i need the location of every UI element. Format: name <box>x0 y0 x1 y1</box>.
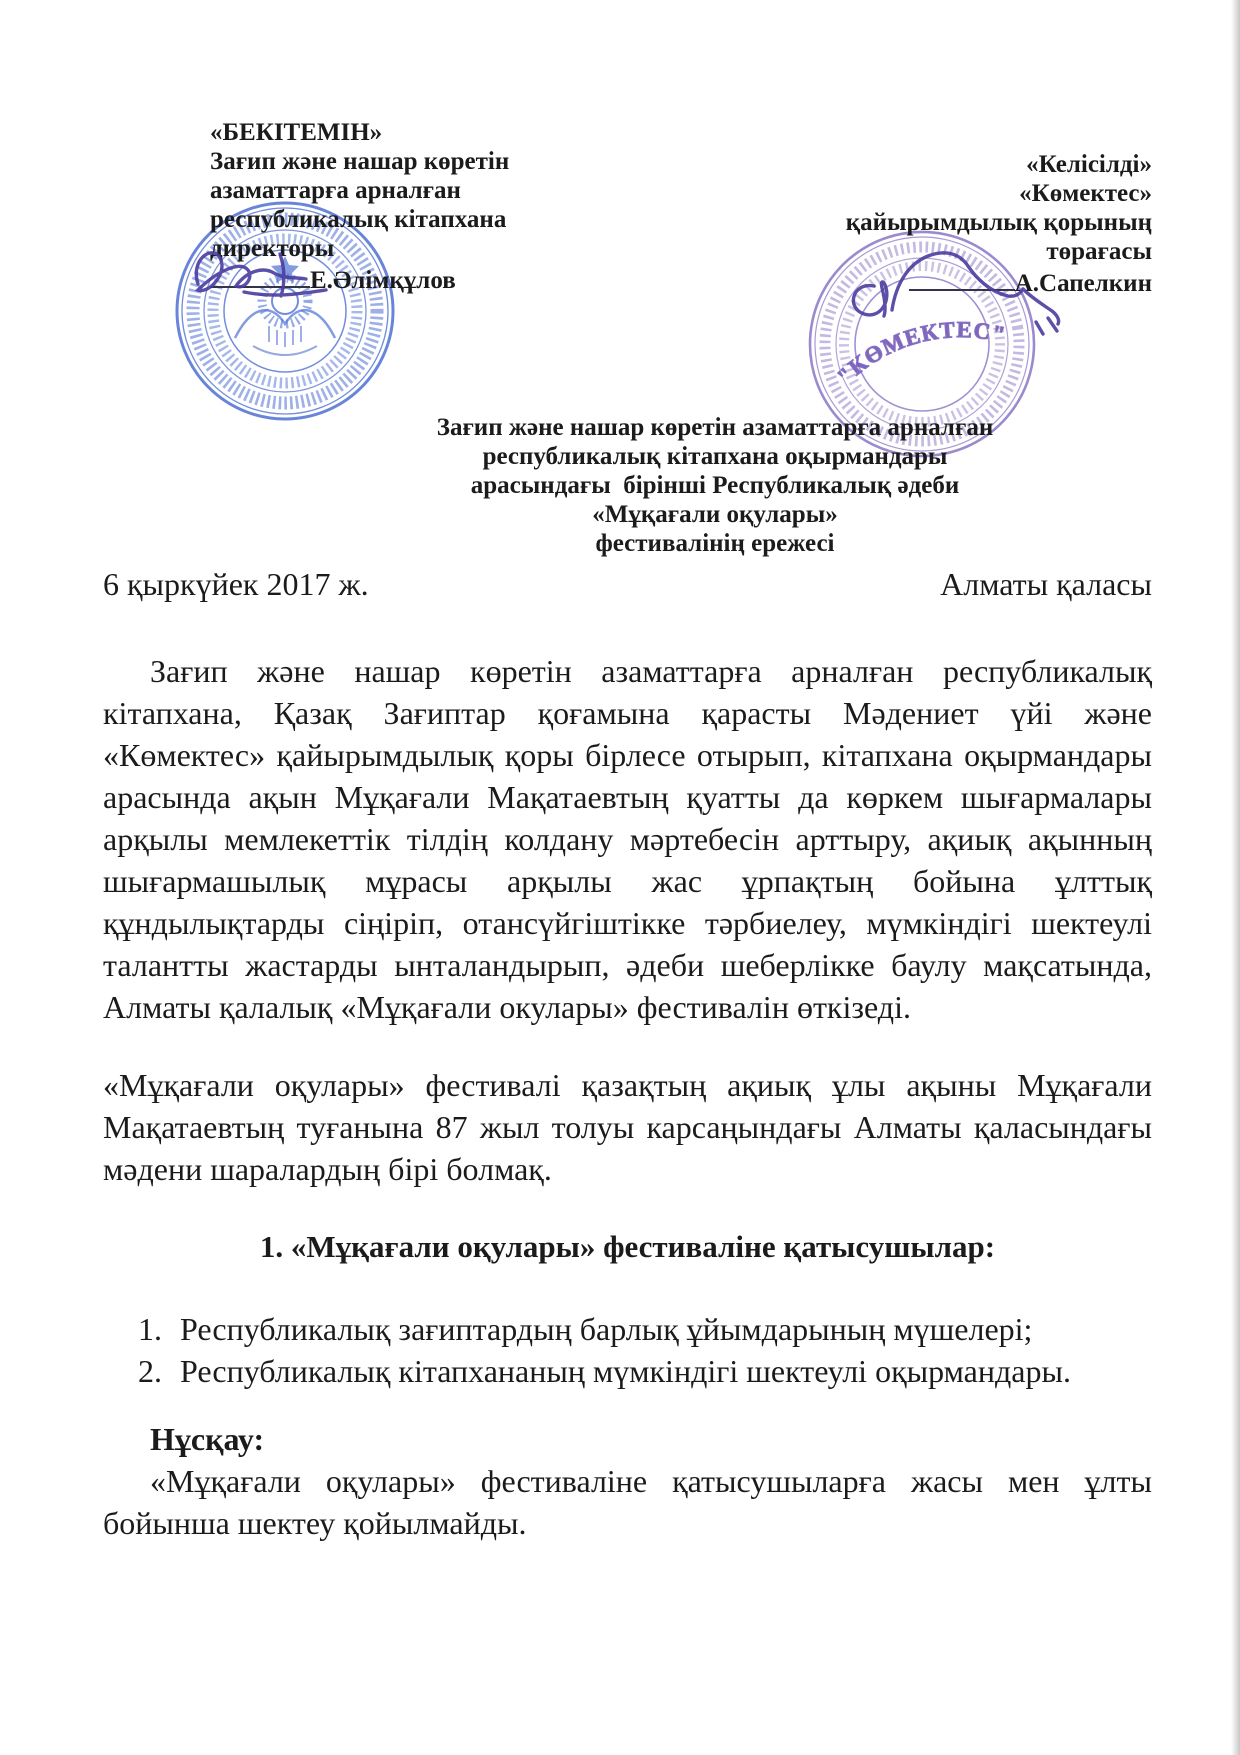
list-item-2: 2.Республикалық кітапхананың мүмкіндігі … <box>138 1350 1152 1392</box>
title-line-5: фестивалінің ережесі <box>320 529 1110 558</box>
agreement-line-1: «Көмектес» <box>846 179 1152 208</box>
scan-edge-artifact <box>1231 0 1240 1755</box>
document-city: Алматы қаласы <box>940 566 1152 603</box>
participants-list: 1.Республикалық зағиптардың барлық ұйымд… <box>103 1308 1152 1392</box>
document-date: 6 қыркүйек 2017 ж. <box>103 566 369 603</box>
list-item-text: Республикалық зағиптардың барлық ұйымдар… <box>180 1311 1032 1347</box>
approval-line-1: Зағип және нашар көретін <box>210 147 509 176</box>
list-item-number: 2. <box>138 1350 180 1392</box>
festival-paragraph: «Мұқағали оқулары» фестивалі қазақтың ақ… <box>103 1064 1152 1190</box>
title-line-1: Зағип және нашар көретін азаматтарға арн… <box>320 413 1110 442</box>
date-city-row: 6 қыркүйек 2017 ж. Алматы қаласы <box>103 566 1152 603</box>
director-handwritten-signature <box>184 240 454 312</box>
instruction-paragraph: «Мұқағали оқулары» фестиваліне қатысушыл… <box>103 1460 1152 1544</box>
chairman-handwritten-signature <box>840 236 1085 346</box>
intro-paragraph: Зағип және нашар көретін азаматтарға арн… <box>103 650 1152 1028</box>
document-body: Зағип және нашар көретін азаматтарға арн… <box>103 650 1152 1544</box>
title-line-3: арасындағы бірінші Республикалық әдеби <box>320 471 1110 500</box>
instruction-heading: Нұсқау: <box>150 1418 1152 1460</box>
section-1-heading: 1. «Мұқағали оқулары» фестиваліне қатысу… <box>103 1226 1152 1268</box>
list-item-number: 1. <box>138 1308 180 1350</box>
agreement-label: «Келісілді» <box>846 150 1152 179</box>
approval-line-3: республикалық кітапхана <box>210 205 509 234</box>
list-item-1: 1.Республикалық зағиптардың барлық ұйымд… <box>138 1308 1152 1350</box>
approval-label: «БЕКІТЕМІН» <box>210 118 509 147</box>
title-line-2: республикалық кітапхана оқырмандары <box>320 442 1110 471</box>
list-item-text: Республикалық кітапхананың мүмкіндігі ше… <box>180 1353 1071 1389</box>
title-line-4: «Мұқағали оқулары» <box>320 500 1110 529</box>
document-title: Зағип және нашар көретін азаматтарға арн… <box>320 413 1110 558</box>
scanned-document-page: "КӨМЕКТЕС" «БЕКІТЕМІН» Зағип және нашар … <box>0 0 1240 1755</box>
approval-line-2: азаматтарға арналған <box>210 176 509 205</box>
agreement-line-2: қайырымдылық қорының <box>846 208 1152 237</box>
